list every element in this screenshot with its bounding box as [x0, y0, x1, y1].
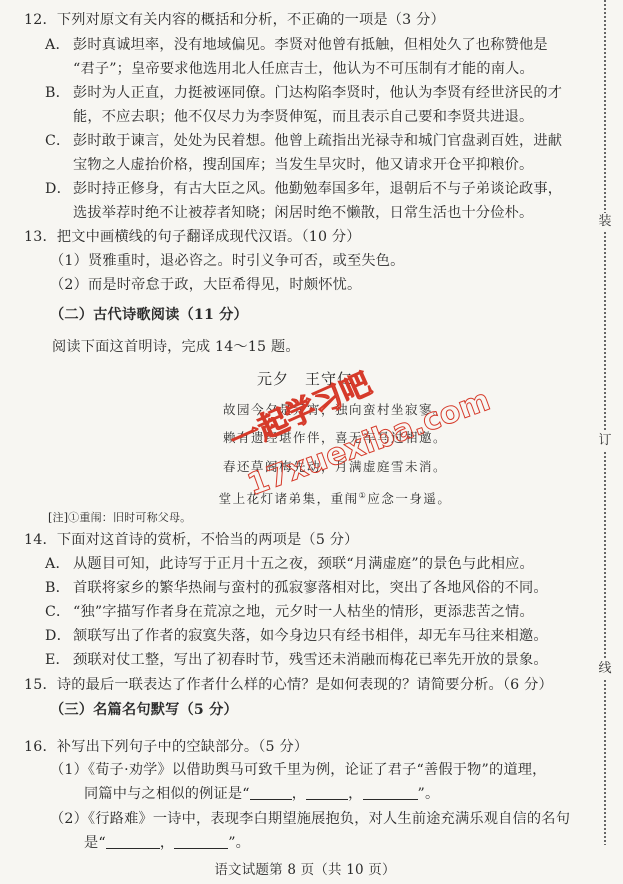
- q12-option-a-line1: 彭时真诚坦率，没有地域偏见。李贤对他曾有抵触，但相处久了也称赞他是: [73, 35, 548, 55]
- answer-blank-1c[interactable]: [363, 785, 418, 800]
- answer-blank-2b[interactable]: [174, 834, 228, 849]
- binding-dotted-line: [604, 0, 606, 845]
- poem-line-2: 赖有遗经堪作伴，喜无车马过相邀。: [50, 428, 620, 448]
- q16-item-2-suffix: ”。: [228, 835, 250, 851]
- q14-option-b-text: 首联将家乡的繁华热闹与蛮村的孤寂寥落相对比，突出了各地风俗的不同。: [73, 578, 548, 598]
- q16-item-2-prefix: 是“: [84, 835, 106, 851]
- binding-char-xian: 线: [596, 660, 614, 678]
- q12-option-d-line1: 彭时持正修身，有古大臣之风。他勤勉奉国多年，退朝后不与子弟谈论政事，: [73, 179, 562, 199]
- q14-option-e-label: E．: [45, 650, 70, 670]
- answer-blank-2a[interactable]: [106, 834, 160, 849]
- q16-item-1-prefix: 同篇中与之相似的例证是“: [84, 786, 250, 802]
- poem-line-4: 堂上花灯诸弟集，重闱①应念一身遥。: [50, 486, 620, 509]
- q12-option-d-line2: 选拔举荐时绝不让被荐者知晓；闲居时绝不懒散，日常生活也十分俭朴。: [73, 203, 533, 223]
- poem-line-4-head: 堂上花灯诸弟集，重闱: [219, 491, 359, 506]
- q14-option-c-text: “独”字描写作者身在荒凉之地，元夕时一人枯坐的情形，更添悲苦之情。: [73, 602, 534, 622]
- q12-option-d-label: D．: [45, 179, 71, 199]
- page-footer: 语文试题第 8 页（共 10 页）: [20, 860, 590, 880]
- separator: ，: [348, 786, 362, 802]
- q15-stem: 15．诗的最后一联表达了作者什么样的心情？是如何表现的？请简要分析。（6 分）: [24, 675, 553, 695]
- q16-item-1-suffix: ”。: [418, 786, 440, 802]
- q12-option-b-line1: 彭时为人正直，力挺被诬同僚。门达构陷李贤时，他认为李贤有经世济民的才: [73, 83, 562, 103]
- answer-blank-1a[interactable]: [250, 785, 292, 800]
- separator: ，: [160, 835, 174, 851]
- q12-option-c-label: C．: [45, 131, 70, 151]
- q12-option-b-label: B．: [45, 83, 70, 103]
- binding-char-zhuang: 装: [596, 213, 614, 231]
- separator: ，: [292, 786, 306, 802]
- answer-blank-1b[interactable]: [306, 785, 348, 800]
- q13-stem: 13．把文中画横线的句子翻译成现代汉语。（10 分）: [24, 227, 361, 247]
- q14-option-d-label: D．: [45, 626, 71, 646]
- section-2-intro: 阅读下面这首明诗，完成 14～15 题。: [52, 337, 300, 357]
- q13-item-1: （1）贤雅重时，退必咨之。时引义争可否，或至失色。: [50, 251, 405, 271]
- poem-footnote: [注]①重闱：旧时可称父母。: [48, 508, 191, 528]
- q16-item-1-line2: 同篇中与之相似的例证是“，，”。: [84, 784, 439, 804]
- q12-option-a-line2: “君子”；皇帝要求他选用北人任庶吉士，他认为不可压制有才能的南人。: [73, 59, 534, 79]
- q12-option-b-line2: 能，不应去职；他不仅尽力为李贤伸冤，而且表示自己要和李贤共进退。: [73, 107, 533, 127]
- q12-option-a-label: A．: [45, 35, 70, 55]
- section-2-heading: （二）古代诗歌阅读（11 分）: [50, 305, 248, 325]
- exam-page: 12．下列对原文有关内容的概括和分析，不正确的一项是（3 分） A． 彭时真诚坦…: [0, 0, 623, 884]
- poem-line-4-tail: 应念一身遥。: [367, 491, 451, 506]
- q16-item-2-line2: 是“，”。: [84, 833, 250, 853]
- q14-option-a-label: A．: [45, 554, 70, 574]
- poem-line-1: 故园今夕是元宵，独向蛮村坐寂寥。: [50, 400, 620, 420]
- q16-item-2-line1: （2）《行路难》一诗中，表现李白期望施展抱负，对人生前途充满乐观自信的名句: [50, 809, 570, 829]
- q12-option-c-line1: 彭时敢于谏言，处处为民着想。他曾上疏指出光禄寺和城门官盘剥百姓，进献: [73, 131, 562, 151]
- q16-stem: 16．补写出下列句子中的空缺部分。（5 分）: [24, 737, 308, 757]
- q14-option-c-label: C．: [45, 602, 70, 622]
- section-3-heading: （三）名篇名句默写（5 分）: [50, 700, 238, 720]
- q13-item-2: （2）而是时帝怠于政，大臣希得见，时颇怀忧。: [50, 275, 361, 295]
- q12-option-c-line2: 宝物之人虚抬价格，搜刮国库；当发生旱灾时，他又请求开仓平抑粮价。: [73, 155, 533, 175]
- poem-line-3: 春还草阁梅先动，月满虚庭雪未消。: [50, 457, 620, 477]
- q12-stem: 12．下列对原文有关内容的概括和分析，不正确的一项是（3 分）: [24, 10, 445, 30]
- q14-stem: 14．下面对这首诗的赏析，不恰当的两项是（5 分）: [24, 530, 359, 550]
- binding-char-ding: 订: [596, 432, 614, 450]
- q16-item-1-line1: （1）《荀子·劝学》以借助舆马可致千里为例，论证了君子“善假于物”的道理，: [50, 760, 547, 780]
- q14-option-a-text: 从题目可知，此诗写于正月十五之夜，颈联“月满虚庭”的景色与此相应。: [73, 554, 534, 574]
- q14-option-d-text: 颔联写出了作者的寂寞失落，如今身边只有经书相伴，却无车马往来相邀。: [73, 626, 548, 646]
- poem-title: 元夕 王守仁: [20, 369, 590, 389]
- q14-option-b-label: B．: [45, 578, 70, 598]
- q14-option-e-text: 颈联对仗工整，写出了初春时节，残雪还未消融而梅花已率先开放的景象。: [73, 650, 548, 670]
